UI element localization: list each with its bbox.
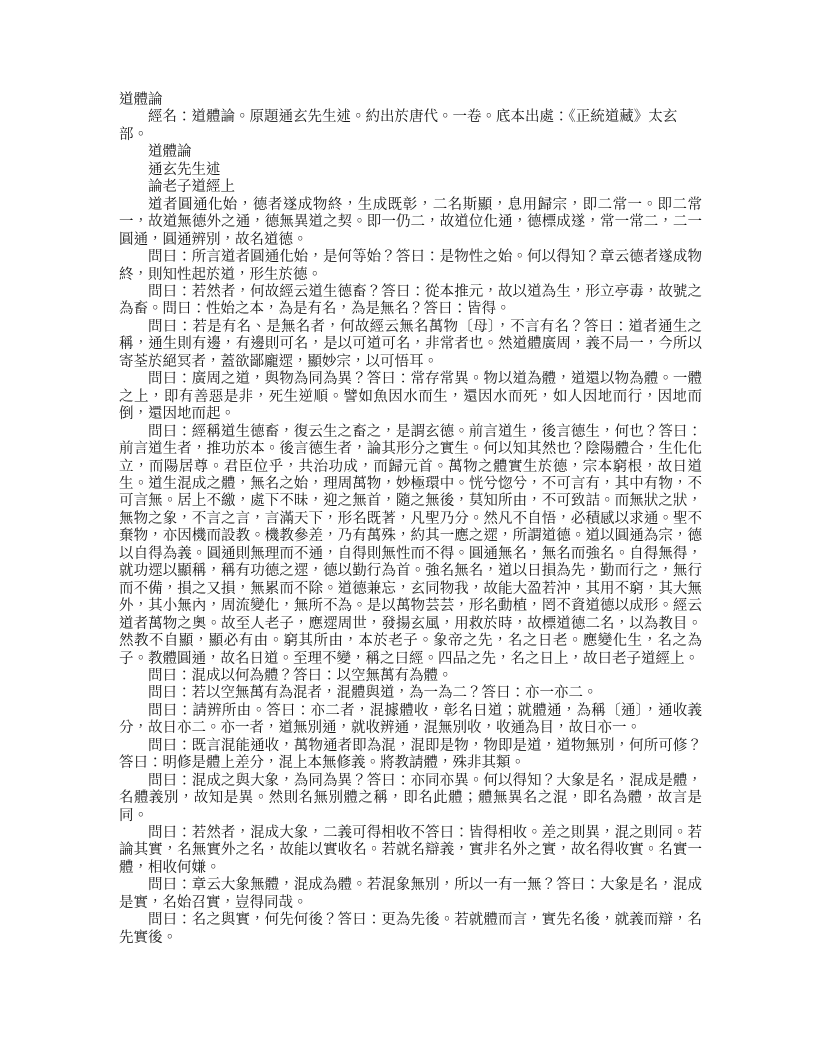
document-body: 道者圓通化始，德者遂成物終，生成既彰，二名斯顯，息用歸宗，即二常一。即二常一，故…	[119, 197, 702, 947]
document-page: 道體論 經名：道體論。原題通玄先生述。約出於唐代。一卷。底本出處：《正統道藏》太…	[0, 0, 816, 1056]
paragraph: 問曰：名之與實，何先何後？答曰：更為先後。若就體而言，實先名後，就義而辯，名先實…	[119, 912, 702, 947]
paragraph: 問曰：請辨所由。答曰：亦二者，混據體收，彰名日道；就體通，為稱〔通〕，通收義分，…	[119, 703, 702, 738]
front-matter: 經名：道體論。原題通玄先生述。約出於唐代。一卷。底本出處：《正統道藏》太玄部。道…	[119, 109, 702, 196]
front-matter-line: 經名：道體論。原題通玄先生述。約出於唐代。一卷。底本出處：《正統道藏》太玄部。	[119, 109, 702, 144]
paragraph: 問曰：章云大象無體，混成為體。若混象無別，所以一有一無？答曰：大象是名，混成是實…	[119, 877, 702, 912]
paragraph: 問曰：廣周之道，與物為同為異？答曰：常存常異。物以道為體，道還以物為體。一體之上…	[119, 371, 702, 423]
front-matter-line: 通玄先生述	[119, 162, 702, 179]
paragraph: 問曰：若以空無萬有為混者，混體與道，為一為二？答曰：亦一亦二。	[119, 685, 702, 702]
paragraph: 問曰：若然者，混成大象，二義可得相收不答曰：皆得相收。差之則異，混之則同。若論其…	[119, 825, 702, 877]
paragraph: 問曰：若是有名、是無名者，何故經云無名萬物〔母〕，不言有名？答曰：道者通生之稱，…	[119, 319, 702, 371]
front-matter-line: 論老子道經上	[119, 179, 702, 196]
front-matter-line: 道體論	[119, 144, 702, 161]
document-title: 道體論	[119, 92, 702, 109]
paragraph: 道者圓通化始，德者遂成物終，生成既彰，二名斯顯，息用歸宗，即二常一。即二常一，故…	[119, 197, 702, 249]
paragraph: 問曰：經稱道生德畜，復云生之畜之，是謂玄德。前言道生，後言德生，何也？答曰：前言…	[119, 424, 702, 668]
paragraph: 問曰：混成以何為體？答曰：以空無萬有為體。	[119, 668, 702, 685]
paragraph: 問曰：既言混能通收，萬物通者即為混，混即是物，物即是道，道物無別，何所可修？答曰…	[119, 738, 702, 773]
paragraph: 問曰：所言道者圓通化始，是何等始？答曰：是物性之始。何以得知？章云德者遂成物終，…	[119, 249, 702, 284]
paragraph: 問曰：混成之與大象，為同為異？答曰：亦同亦異。何以得知？大象是名，混成是體，名體…	[119, 773, 702, 825]
paragraph: 問曰：若然者，何故經云道生德畜？答曰：從本推元，故以道為生，形立亭毒，故號之為畜…	[119, 284, 702, 319]
